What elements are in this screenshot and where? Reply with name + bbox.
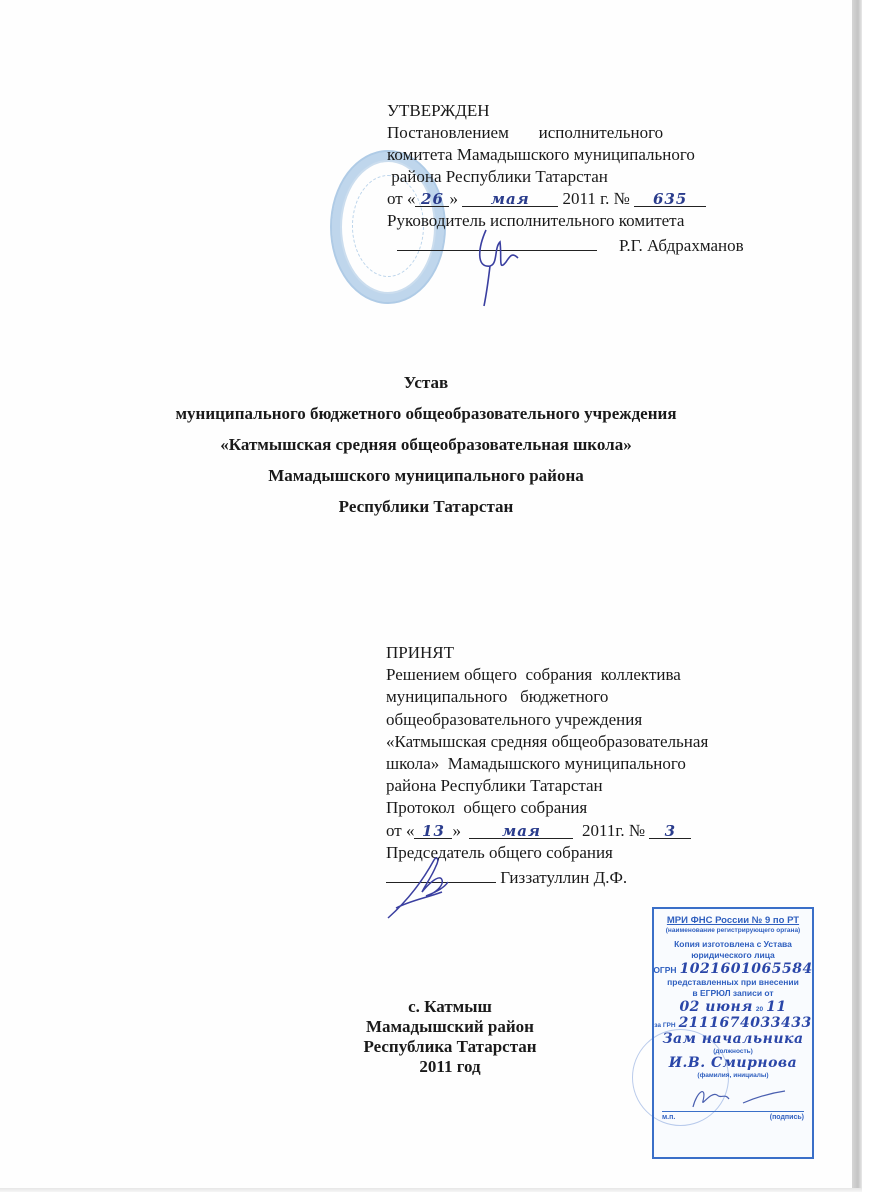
name-value: И.В. Смирнова [654, 1055, 812, 1071]
position-caption: (должность) [654, 1048, 812, 1055]
document-page: УТВЕРЖДЕН Постановлением исполнительного… [0, 0, 852, 1188]
signature-abdrakhmanov-icon [468, 228, 528, 308]
handwritten-day: 13 [422, 822, 445, 840]
stamp-ogrn-row: ОГРН 1021601065584 [654, 961, 812, 977]
title-line-1: Устав [0, 367, 852, 398]
adopted-line-5: школа» Мамадышского муниципального [386, 753, 708, 775]
footer-line-3: Республика Татарстан [330, 1037, 570, 1057]
entry-year: 11 [766, 999, 786, 1015]
place-and-year: с. Катмыш Мамадышский район Республика Т… [330, 997, 570, 1077]
footer-line-1: с. Катмыш [330, 997, 570, 1017]
position-value: Зам начальника [654, 1031, 812, 1047]
entry-year-prefix: 20 [756, 1006, 763, 1013]
year-text: 2011г. № [573, 821, 649, 840]
title-line-4: Мамадышского муниципального района [0, 460, 852, 491]
title-line-2: муниципального бюджетного общеобразовате… [0, 398, 852, 429]
stamp-submitted-line-1: представленных при внесении [654, 977, 812, 988]
signature-gizzatullin-icon [386, 852, 456, 922]
adopted-line-3: общеобразовательного учреждения [386, 709, 708, 731]
year-text: 2011 г. № [558, 189, 634, 208]
title-line-5: Республики Татарстан [0, 491, 852, 522]
stamp-copy-line-2: юридического лица [654, 950, 812, 961]
ogrn-value: 1021601065584 [680, 961, 813, 977]
date-prefix: от « [387, 189, 415, 208]
month-field: мая [462, 188, 558, 207]
approved-block: УТВЕРЖДЕН Постановлением исполнительного… [387, 100, 744, 257]
handwritten-number: 3 [665, 822, 676, 840]
stamp-authority-caption: (наименование регистрирующего органа) [654, 927, 812, 934]
signature-caption: (подпись) [770, 1114, 804, 1121]
stamp-grn-row: за ГРН 2111674033433 [654, 1015, 812, 1031]
stamp-sign-row: м.п. (подпись) [654, 1114, 812, 1121]
number-field: 635 [634, 188, 706, 207]
footer-line-4: 2011 год [330, 1057, 570, 1077]
date-mid: » [452, 821, 469, 840]
adopted-line-1: Решением общего собрания коллектива [386, 664, 708, 686]
approved-signature-line: Р.Г. Абдрахманов [387, 232, 744, 257]
adopted-line-4: «Катмышская средняя общеобразовательная [386, 731, 708, 753]
handwritten-number: 635 [653, 190, 687, 208]
stamp-copy-line-1: Копия изготовлена с Устава [654, 939, 812, 950]
adopted-date-line: от «13» мая 2011г. № 3 [386, 820, 708, 842]
approved-date-line: от «26» мая 2011 г. № 635 [387, 188, 744, 210]
scan-page-edge-right [852, 0, 862, 1192]
stamp-authority: МРИ ФНС России № 9 по РТ [654, 915, 812, 926]
number-field: 3 [649, 820, 691, 839]
stamp-entry-date-row: 02 июня 20 11 [654, 999, 812, 1015]
day-field: 13 [414, 820, 452, 839]
adopted-line-7: Протокол общего собрания [386, 797, 708, 819]
mp-label: м.п. [662, 1114, 675, 1121]
adopted-heading: ПРИНЯТ [386, 642, 708, 664]
month-field: мая [469, 820, 573, 839]
footer-line-2: Мамадышский район [330, 1017, 570, 1037]
approved-role: Руководитель исполнительного комитета [387, 210, 744, 232]
entry-date: 02 июня [679, 999, 752, 1015]
approved-line-1: Постановлением исполнительного [387, 122, 744, 144]
stamp-submitted-line-2: в ЕГРЮЛ записи от [654, 988, 812, 999]
tax-authority-stamp: МРИ ФНС России № 9 по РТ (наименование р… [652, 907, 814, 1159]
name-caption: (фамилия, инициалы) [654, 1072, 812, 1079]
date-mid: » [449, 189, 462, 208]
charter-title: Устав муниципального бюджетного общеобра… [0, 367, 852, 522]
stamp-signature-icon [673, 1081, 793, 1111]
approved-line-3: района Республики Татарстан [387, 166, 744, 188]
approved-heading: УТВЕРЖДЕН [387, 100, 744, 122]
handwritten-month: мая [491, 190, 530, 208]
approved-signer-name: Р.Г. Абдрахманов [619, 236, 744, 255]
grn-label: за ГРН [654, 1022, 675, 1029]
adopted-signer-name: Гиззатуллин Д.Ф. [496, 868, 627, 887]
adopted-line-6: района Республики Татарстан [386, 775, 708, 797]
adopted-line-2: муниципального бюджетного [386, 686, 708, 708]
handwritten-day: 26 [421, 190, 444, 208]
approved-line-2: комитета Мамадышского муниципального [387, 144, 744, 166]
signature-rule [662, 1111, 804, 1112]
day-field: 26 [415, 188, 449, 207]
title-line-3: «Катмышская средняя общеобразовательная … [0, 429, 852, 460]
handwritten-month: мая [502, 822, 541, 840]
scan-page-edge-bottom [0, 1188, 862, 1192]
date-prefix: от « [386, 821, 414, 840]
grn-value: 2111674033433 [679, 1015, 812, 1031]
ogrn-label: ОГРН [653, 965, 676, 976]
